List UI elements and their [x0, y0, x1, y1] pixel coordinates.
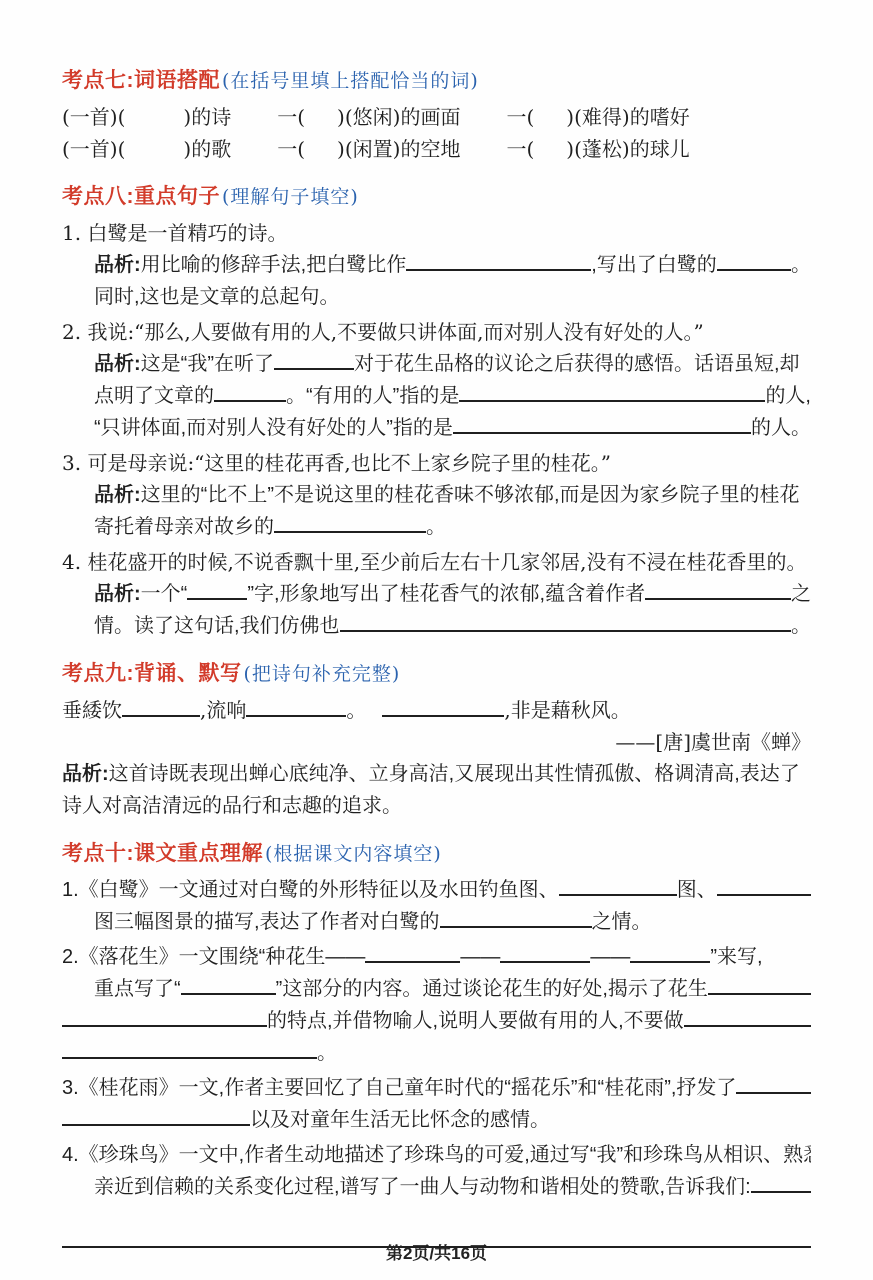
text-line: 2.《落花生》一文围绕“种花生——————”来写, [62, 941, 811, 973]
text-run: 一( [506, 133, 534, 165]
worksheet-page: 考点七:词语搭配(在括号里填上搭配恰当的词)(一首)()的诗一()(悠闲)的画面… [0, 0, 873, 1280]
section-note: (把诗句补充完整) [244, 659, 401, 686]
section-kaodian-9: 考点九:背诵、默写(把诗句补充完整)垂緌饮,流响。,非是藉秋风。——[唐]虞世南… [62, 657, 811, 822]
text-line: 品析:这首诗既表现出蝉心底纯净、立身高洁,又展现出其性情孤傲、格调清高,表达了 [62, 758, 811, 790]
text-run: )的诗 [183, 101, 231, 133]
text-run: ,非是藉秋风。 [504, 694, 630, 726]
text-run: 4.《珍珠鸟》一文中,作者生动地描述了珍珠鸟的可爱,通过写“我”和珍珠鸟从相识、… [62, 1139, 811, 1171]
page-number: 第2页/共16页 [0, 1239, 873, 1264]
section-kaodian-8: 考点八:重点句子(理解句子填空)1. 白鹭是一首精巧的诗。品析:用比喻的修辞手法… [62, 180, 811, 642]
fill-blank [246, 696, 346, 717]
text-line: 重点写了“”这部分的内容。通过谈论花生的好处,揭示了花生 [62, 973, 811, 1005]
text-run: 用比喻的修辞手法,把白鹭比作 [141, 249, 407, 281]
text-line: 4.《珍珠鸟》一文中,作者生动地描述了珍珠鸟的可爱,通过写“我”和珍珠鸟从相识、… [62, 1139, 811, 1171]
text-line: (一首)()的歌一()(闲置)的空地一()(蓬松)的球儿 [62, 133, 811, 165]
text-line: 图三幅图景的描写,表达了作者对白鹭的之情。 [62, 906, 811, 938]
fill-blank [684, 1006, 811, 1027]
fill-blank [382, 696, 504, 717]
text-line: 品析:这里的“比不上”不是说这里的桂花香味不够浓郁,而是因为家乡院子里的桂花 [62, 479, 811, 511]
text-run: 2.《落花生》一文围绕“种花生—— [62, 941, 365, 973]
fill-blank [500, 942, 590, 963]
text-run: (一首)( [62, 101, 125, 133]
text-run: 同时,这也是文章的总起句。 [94, 281, 340, 313]
fill-blank [365, 942, 460, 963]
text-run: 这里的“比不上”不是说这里的桂花香味不够浓郁,而是因为家乡院子里的桂花 [141, 479, 800, 511]
text-line: 3.《桂花雨》一文,作者主要回忆了自己童年时代的“摇花乐”和“桂花雨”,抒发了 [62, 1072, 811, 1104]
text-line: 1.《白鹭》一文通过对白鹭的外形特征以及水田钓鱼图、图、 [62, 874, 811, 906]
text-run: —— [590, 941, 630, 973]
text-run: 垂緌饮 [62, 694, 122, 726]
text-line: 垂緌饮,流响。,非是藉秋风。 [62, 694, 811, 726]
text-run: 一个“ [141, 578, 188, 610]
text-run: 以及对童年生活无比怀念的感情。 [250, 1104, 550, 1136]
text-run: 。“有用的人”指的是 [286, 380, 459, 412]
text-line: 品析:这是“我”在听了对于花生品格的议论之后获得的感悟。话语虽短,却 [62, 348, 811, 380]
fill-blank [559, 875, 677, 896]
text-run: 图、 [677, 874, 717, 906]
paren-gap [534, 146, 566, 156]
fill-blank [62, 1038, 317, 1059]
text-run: (一首)( [62, 133, 125, 165]
paren-gap [125, 146, 183, 156]
text-run: 图三幅图景的描写,表达了作者对白鹭的 [94, 906, 440, 938]
section-title: 考点七:词语搭配 [62, 64, 220, 94]
fill-blank [453, 413, 751, 434]
text-run: 之 [791, 578, 811, 610]
bold-label: 品析: [94, 348, 141, 380]
paren-gap [460, 146, 506, 156]
text-run: 2. 我说:“那么,人要做有用的人,不要做只讲体面,而对别人没有好处的人。” [62, 316, 704, 348]
text-run: ”来写, [710, 941, 762, 973]
section-title: 考点九:背诵、默写 [62, 657, 242, 687]
text-run: ——[唐]虞世南《蝉》 [615, 726, 811, 758]
text-run: 点明了文章的 [94, 380, 214, 412]
fill-blank [736, 1073, 811, 1094]
text-run: —— [460, 941, 500, 973]
worksheet-content: 考点七:词语搭配(在括号里填上搭配恰当的词)(一首)()的诗一()(悠闲)的画面… [62, 64, 811, 1259]
text-run: 的特点,并借物喻人,说明人要做有用的人,不要做 [267, 1005, 684, 1037]
text-run: 的人。 [751, 412, 811, 444]
text-run: ,写出了白鹭的 [591, 249, 717, 281]
section-note: (在括号里填上搭配恰当的词) [222, 66, 479, 93]
section-kaodian-10: 考点十:课文重点理解(根据课文内容填空)1.《白鹭》一文通过对白鹭的外形特征以及… [62, 837, 811, 1259]
text-run: 。 [346, 694, 366, 726]
text-run: 这首诗既表现出蝉心底纯净、立身高洁,又展现出其性情孤傲、格调清高,表达了 [109, 758, 800, 790]
text-line: 以及对童年生活无比怀念的感情。 [62, 1104, 811, 1136]
text-run: 3. 可是母亲说:“这里的桂花再香,也比不上家乡院子里的桂花。” [62, 447, 611, 479]
text-line: 同时,这也是文章的总起句。 [62, 281, 811, 313]
fill-blank [645, 579, 791, 600]
paren-gap [460, 114, 506, 124]
fill-blank [459, 381, 765, 402]
fill-blank [62, 1105, 250, 1126]
text-run: ,流响 [200, 694, 246, 726]
text-line: 2. 我说:“那么,人要做有用的人,不要做只讲体面,而对别人没有好处的人。” [62, 316, 811, 348]
section-heading: 考点九:背诵、默写(把诗句补充完整) [62, 657, 811, 687]
text-run: 。 [317, 1037, 337, 1069]
fill-blank [406, 250, 591, 271]
text-line: 。 [62, 1037, 811, 1069]
text-line: 寄托着母亲对故乡的。 [62, 511, 811, 543]
fill-blank [181, 974, 276, 995]
text-line: (一首)()的诗一()(悠闲)的画面一()(难得)的嗜好 [62, 101, 811, 133]
text-run: 3.《桂花雨》一文,作者主要回忆了自己童年时代的“摇花乐”和“桂花雨”,抒发了 [62, 1072, 736, 1104]
text-line: 1. 白鹭是一首精巧的诗。 [62, 217, 811, 249]
text-run: 一( [506, 101, 534, 133]
text-line: 亲近到信赖的关系变化过程,谱写了一曲人与动物和谐相处的赞歌,告诉我们: [62, 1171, 811, 1203]
fill-blank [340, 611, 791, 632]
fill-blank [717, 875, 811, 896]
text-run: )(蓬松)的球儿 [566, 133, 689, 165]
text-line: 情。读了这句话,我们仿佛也。 [62, 610, 811, 642]
paren-gap [231, 114, 277, 124]
text-run: )(悠闲)的画面 [337, 101, 460, 133]
text-run: 寄托着母亲对故乡的 [94, 511, 274, 543]
text-line: ——[唐]虞世南《蝉》 [62, 726, 811, 758]
text-run: 重点写了“ [94, 973, 181, 1005]
text-line: 诗人对高洁清远的品行和志趣的追求。 [62, 790, 811, 822]
fill-blank [440, 907, 592, 928]
text-line: “只讲体面,而对别人没有好处的人”指的是的人。 [62, 412, 811, 444]
text-line: 品析:一个“”字,形象地写出了桂花香气的浓郁,蕴含着作者之 [62, 578, 811, 610]
text-run: )的歌 [183, 133, 231, 165]
paren-gap [534, 114, 566, 124]
fill-blank [274, 512, 426, 533]
bold-label: 品析: [62, 758, 109, 790]
text-run: 4. 桂花盛开的时候,不说香飘十里,至少前后左右十几家邻居,没有不浸在桂花香里的… [62, 546, 807, 578]
paren-gap [125, 114, 183, 124]
text-line: 4. 桂花盛开的时候,不说香飘十里,至少前后左右十几家邻居,没有不浸在桂花香里的… [62, 546, 811, 578]
section-title: 考点八:重点句子 [62, 180, 220, 210]
text-run: 一( [277, 133, 305, 165]
paren-gap [231, 146, 277, 156]
fill-blank [122, 696, 200, 717]
section-title: 考点十:课文重点理解 [62, 837, 263, 867]
fill-blank [62, 1006, 267, 1027]
text-run: ”这部分的内容。通过谈论花生的好处,揭示了花生 [276, 973, 708, 1005]
text-run: 这是“我”在听了 [141, 348, 274, 380]
fill-blank [630, 942, 710, 963]
text-run: 诗人对高洁清远的品行和志趣的追求。 [62, 790, 402, 822]
section-note: (理解句子填空) [222, 182, 359, 209]
text-run: 情。读了这句话,我们仿佛也 [94, 610, 340, 642]
section-heading: 考点七:词语搭配(在括号里填上搭配恰当的词) [62, 64, 811, 94]
fill-blank [708, 974, 811, 995]
text-run: 对于花生品格的议论之后获得的感悟。话语虽短,却 [354, 348, 800, 380]
fill-blank [274, 349, 354, 370]
paren-gap [305, 114, 337, 124]
text-run: )(难得)的嗜好 [566, 101, 689, 133]
text-run: 1.《白鹭》一文通过对白鹭的外形特征以及水田钓鱼图、 [62, 874, 559, 906]
section-kaodian-7: 考点七:词语搭配(在括号里填上搭配恰当的词)(一首)()的诗一()(悠闲)的画面… [62, 64, 811, 165]
text-run: 之情。 [592, 906, 652, 938]
paren-gap [366, 707, 382, 717]
text-run: 。 [791, 249, 811, 281]
text-run: 。 [791, 610, 811, 642]
text-line: 点明了文章的。“有用的人”指的是的人, [62, 380, 811, 412]
text-line: 3. 可是母亲说:“这里的桂花再香,也比不上家乡院子里的桂花。” [62, 447, 811, 479]
text-run: “只讲体面,而对别人没有好处的人”指的是 [94, 412, 453, 444]
fill-blank [717, 250, 791, 271]
paren-gap [305, 146, 337, 156]
text-line: 的特点,并借物喻人,说明人要做有用的人,不要做 [62, 1005, 811, 1037]
text-run: 的人, [765, 380, 811, 412]
bold-label: 品析: [94, 578, 141, 610]
fill-blank [214, 381, 286, 402]
section-heading: 考点十:课文重点理解(根据课文内容填空) [62, 837, 811, 867]
text-run: 1. 白鹭是一首精巧的诗。 [62, 217, 287, 249]
text-line: 品析:用比喻的修辞手法,把白鹭比作,写出了白鹭的。 [62, 249, 811, 281]
fill-blank [751, 1172, 811, 1193]
bold-label: 品析: [94, 249, 141, 281]
text-run: ”字,形象地写出了桂花香气的浓郁,蕴含着作者 [247, 578, 645, 610]
section-note: (根据课文内容填空) [265, 839, 442, 866]
text-run: 一( [277, 101, 305, 133]
section-heading: 考点八:重点句子(理解句子填空) [62, 180, 811, 210]
text-run: 。 [426, 511, 446, 543]
fill-blank [187, 579, 247, 600]
bold-label: 品析: [94, 479, 141, 511]
text-run: )(闲置)的空地 [337, 133, 460, 165]
text-run: 亲近到信赖的关系变化过程,谱写了一曲人与动物和谐相处的赞歌,告诉我们: [94, 1171, 751, 1203]
